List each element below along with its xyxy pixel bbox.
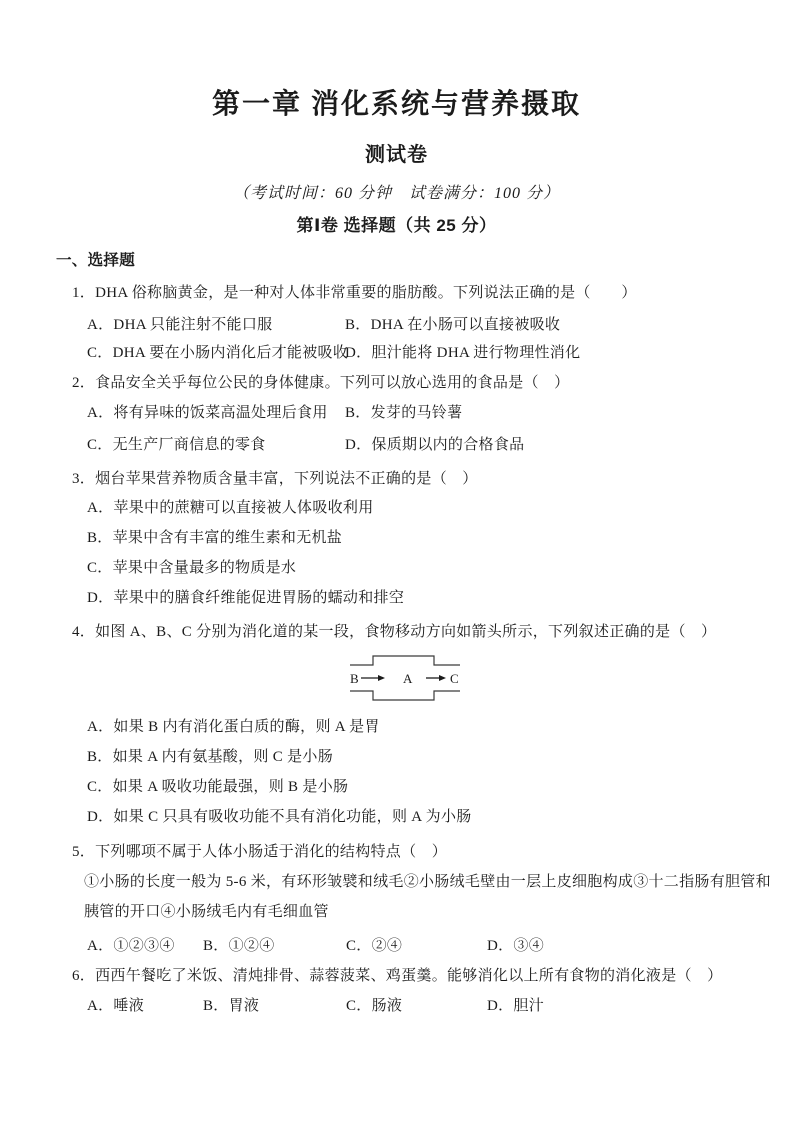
question-6-option-a: A．唾液: [87, 997, 144, 1015]
figure-label-b: B: [350, 671, 359, 686]
doc-title: 第一章 消化系统与营养摄取: [0, 96, 793, 114]
question-5-statements-line-2: 胰管的开口④小肠绒毛内有毛细血管: [84, 903, 329, 921]
question-6-option-d: D．胆汁: [487, 997, 544, 1015]
question-4-stem: 4．如图 A、B、C 分别为消化道的某一段，食物移动方向如箭头所示，下列叙述正确…: [72, 623, 716, 641]
test-paper-page: 第一章 消化系统与营养摄取 测试卷 （考试时间：60 分钟 试卷满分：100 分…: [0, 0, 793, 1122]
question-1-option-a: A．DHA 只能注射不能口服: [87, 316, 272, 334]
question-3-option-d: D．苹果中的膳食纤维能促进胃肠的蠕动和排空: [87, 589, 404, 607]
question-6-options-row: A．唾液 B．胃液 C．肠液 D．胆汁: [0, 997, 793, 1017]
question-2-option-b: B．发芽的马铃薯: [345, 404, 462, 422]
question-4-option-a: A．如果 B 内有消化蛋白质的酶，则 A 是胃: [87, 718, 380, 736]
question-1-option-d: D．胆汁能将 DHA 进行物理性消化: [345, 344, 580, 362]
question-2-option-d: D．保质期以内的合格食品: [345, 436, 524, 454]
question-2-option-a: A．将有异味的饭菜高温处理后食用: [87, 404, 328, 422]
digestive-tract-diagram: B A C: [348, 646, 464, 708]
question-5-option-d: D．③④: [487, 937, 544, 955]
doc-subtitle: 测试卷: [0, 146, 793, 164]
arrow-b-to-a-head: [378, 675, 385, 681]
question-6-option-b: B．胃液: [203, 997, 259, 1015]
question-3-option-c: C．苹果中含量最多的物质是水: [87, 559, 296, 577]
question-3-stem: 3．烟台苹果营养物质含量丰富，下列说法不正确的是（ ）: [72, 470, 478, 488]
arrow-a-to-c-head: [439, 675, 446, 681]
figure-label-a: A: [403, 671, 413, 686]
question-5-statements-line-1: ①小肠的长度一般为 5-6 米，有环形皱襞和绒毛②小肠绒毛壁由一层上皮细胞构成③…: [84, 873, 771, 891]
question-2-stem: 2．食品安全关乎每位公民的身体健康。下列可以放心选用的食品是（ ）: [72, 374, 569, 392]
question-5-option-c: C．②④: [346, 937, 402, 955]
figure-label-c: C: [450, 671, 459, 686]
question-2-options-row-2: C．无生产厂商信息的零食 D．保质期以内的合格食品: [0, 436, 793, 456]
question-1-stem: 1．DHA 俗称脑黄金，是一种对人体非常重要的脂肪酸。下列说法正确的是（ ）: [72, 284, 637, 302]
question-6-option-c: C．肠液: [346, 997, 402, 1015]
question-4-option-c: C．如果 A 吸收功能最强，则 B 是小肠: [87, 778, 348, 796]
question-4-option-b: B．如果 A 内有氨基酸，则 C 是小肠: [87, 748, 333, 766]
diagram-bottom-contour: [350, 691, 460, 700]
exam-info: （考试时间：60 分钟 试卷满分：100 分）: [0, 185, 793, 203]
question-5-options-row: A．①②③④ B．①②④ C．②④ D．③④: [0, 937, 793, 957]
section-heading: 第Ⅰ卷 选择题（共 25 分）: [0, 217, 793, 235]
question-2-option-c: C．无生产厂商信息的零食: [87, 436, 266, 454]
question-1-options-row-2: C．DHA 要在小肠内消化后才能被吸收 D．胆汁能将 DHA 进行物理性消化: [0, 344, 793, 364]
question-5-option-a: A．①②③④: [87, 937, 175, 955]
question-4-option-d: D．如果 C 只具有吸收功能不具有消化功能，则 A 为小肠: [87, 808, 472, 826]
question-1-option-b: B．DHA 在小肠可以直接被吸收: [345, 316, 560, 334]
part-heading: 一、选择题: [56, 252, 135, 270]
diagram-top-contour: [350, 656, 460, 665]
question-5-option-b: B．①②④: [203, 937, 275, 955]
question-6-stem: 6．西西午餐吃了米饭、清炖排骨、蒜蓉菠菜、鸡蛋羹。能够消化以上所有食物的消化液是…: [72, 967, 722, 985]
question-2-options-row-1: A．将有异味的饭菜高温处理后食用 B．发芽的马铃薯: [0, 404, 793, 424]
question-3-option-a: A．苹果中的蔗糖可以直接被人体吸收利用: [87, 499, 374, 517]
question-3-option-b: B．苹果中含有丰富的维生素和无机盐: [87, 529, 342, 547]
question-5-stem: 5．下列哪项不属于人体小肠适于消化的结构特点（ ）: [72, 843, 447, 861]
question-1-options-row-1: A．DHA 只能注射不能口服 B．DHA 在小肠可以直接被吸收: [0, 316, 793, 336]
question-1-option-c: C．DHA 要在小肠内消化后才能被吸收: [87, 344, 348, 362]
